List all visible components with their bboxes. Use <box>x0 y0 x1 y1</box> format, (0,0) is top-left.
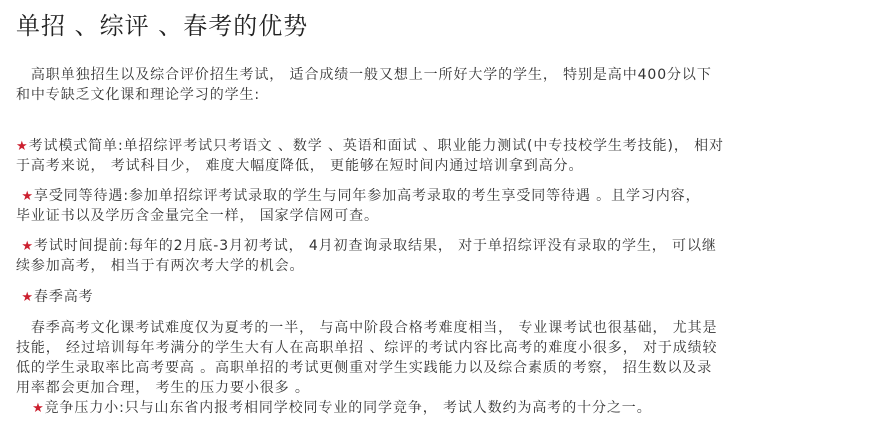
point-text: 春季高考 <box>34 289 94 305</box>
star-icon: ★ <box>21 290 34 305</box>
spring-line: 春季高考文化课考试难度仅为夏考的一半， 与高中阶段合格考难度相当， 专业课考试也… <box>16 318 786 338</box>
spring-line: 技能， 经过培训每年考满分的学生大有人在高职单招 、综评的考试内容比高考的难度小… <box>16 338 786 358</box>
intro-line: 和中专缺乏文化课和理论学习的学生: <box>16 85 786 105</box>
point-equal-treatment: ★享受同等待遇:参加单招综评考试录取的学生与同年参加高考录取的考生享受同等待遇 … <box>16 186 786 226</box>
point-text: 考试模式简单:单招综评考试只考语文 、数学 、英语和面试 、职业能力测试(中专技… <box>29 138 724 154</box>
star-icon: ★ <box>21 239 34 254</box>
point-simple-exam: ★考试模式简单:单招综评考试只考语文 、数学 、英语和面试 、职业能力测试(中专… <box>16 136 786 176</box>
intro-line: 高职单独招生以及综合评价招生考试， 适合成绩一般又想上一所好大学的学生， 特别是… <box>16 65 786 85</box>
point-text: 享受同等待遇:参加单招综评考试录取的学生与同年参加高考录取的考生享受同等待遇 。… <box>34 188 701 204</box>
point-text: 考试时间提前:每年的2月底-3月初考试， 4月初查询录取结果， 对于单招综评没有… <box>34 238 717 254</box>
star-icon: ★ <box>21 189 34 204</box>
point-text: 续参加高考， 相当于有两次考大学的机会。 <box>16 256 786 276</box>
star-icon: ★ <box>16 139 29 154</box>
star-icon: ★ <box>32 401 45 416</box>
intro-paragraph: 高职单独招生以及综合评价招生考试， 适合成绩一般又想上一所好大学的学生， 特别是… <box>16 65 786 105</box>
point-text: 于高考来说， 考试科目少， 难度大幅度降低， 更能够在短时间内通过培训拿到高分。 <box>16 156 786 176</box>
spring-paragraph: 春季高考文化课考试难度仅为夏考的一半， 与高中阶段合格考难度相当， 专业课考试也… <box>16 318 786 418</box>
point-spring-exam: ★春季高考 <box>16 287 786 307</box>
page-title: 单招 、综评 、春考的优势 <box>16 11 308 41</box>
spring-line: 低的学生录取率比高考要高 。高职单招的考试更侧重对学生实践能力以及综合素质的考察… <box>16 358 786 378</box>
point-text: 毕业证书以及学历含金量完全一样， 国家学信网可查。 <box>16 206 786 226</box>
spring-line: 用率都会更加合理， 考生的压力要小很多 。 <box>16 378 786 398</box>
point-text: 竞争压力小:只与山东省内报考相同学校同专业的同学竞争， 考试人数约为高考的十分之… <box>45 400 652 416</box>
point-early-exam: ★考试时间提前:每年的2月底-3月初考试， 4月初查询录取结果， 对于单招综评没… <box>16 236 786 276</box>
